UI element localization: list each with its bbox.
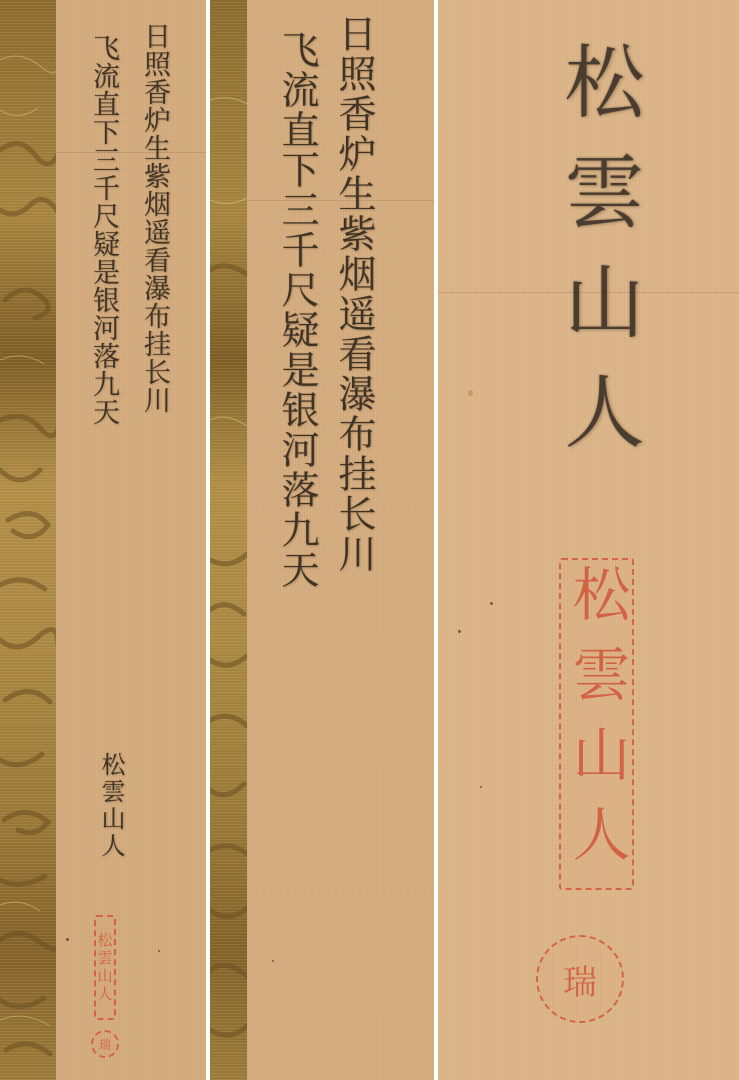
scroll-paper	[56, 0, 206, 1080]
paper-spot	[490, 602, 493, 605]
round-seal-stamp-large: 瑞	[536, 935, 624, 1023]
poem-column-right: 日照香炉生紫烟遥看瀑布挂长川	[327, 14, 382, 574]
rectangular-seal-stamp-large: 松雲山人	[559, 558, 634, 890]
paper-spot	[158, 950, 160, 952]
poem-column-left: 飞流直下三千尺疑是银河落九天	[270, 30, 325, 590]
paper-spot	[272, 960, 274, 962]
artist-signature-large: 松雲山人	[540, 40, 655, 480]
poem-column-right: 日照香炉生紫烟遥看瀑布挂长川	[135, 22, 174, 414]
brocade-mounting	[0, 0, 56, 1080]
artist-signature: 松雲山人	[94, 752, 129, 860]
paper-fold-line	[56, 152, 206, 153]
paper-spot	[480, 786, 482, 788]
rectangular-seal-stamp: 松雲山人	[94, 915, 116, 1020]
poem-column-left: 飞流直下三千尺疑是银河落九天	[84, 34, 123, 426]
round-seal-stamp: 瑞	[91, 1030, 119, 1058]
scroll-full-view-panel: 日照香炉生紫烟遥看瀑布挂长川 飞流直下三千尺疑是银河落九天 松雲山人 松雲山人 …	[0, 0, 206, 1080]
paper-spot	[458, 630, 461, 633]
cloud-pattern-icon	[210, 0, 247, 1080]
signature-detail-panel: 松雲山人 松雲山人 瑞	[438, 0, 739, 1080]
paper-spot	[66, 938, 69, 941]
cloud-pattern-icon	[0, 0, 56, 1080]
paper-stain	[468, 390, 473, 396]
brocade-mounting	[210, 0, 247, 1080]
scroll-text-detail-panel: 日照香炉生紫烟遥看瀑布挂长川 飞流直下三千尺疑是银河落九天	[210, 0, 434, 1080]
